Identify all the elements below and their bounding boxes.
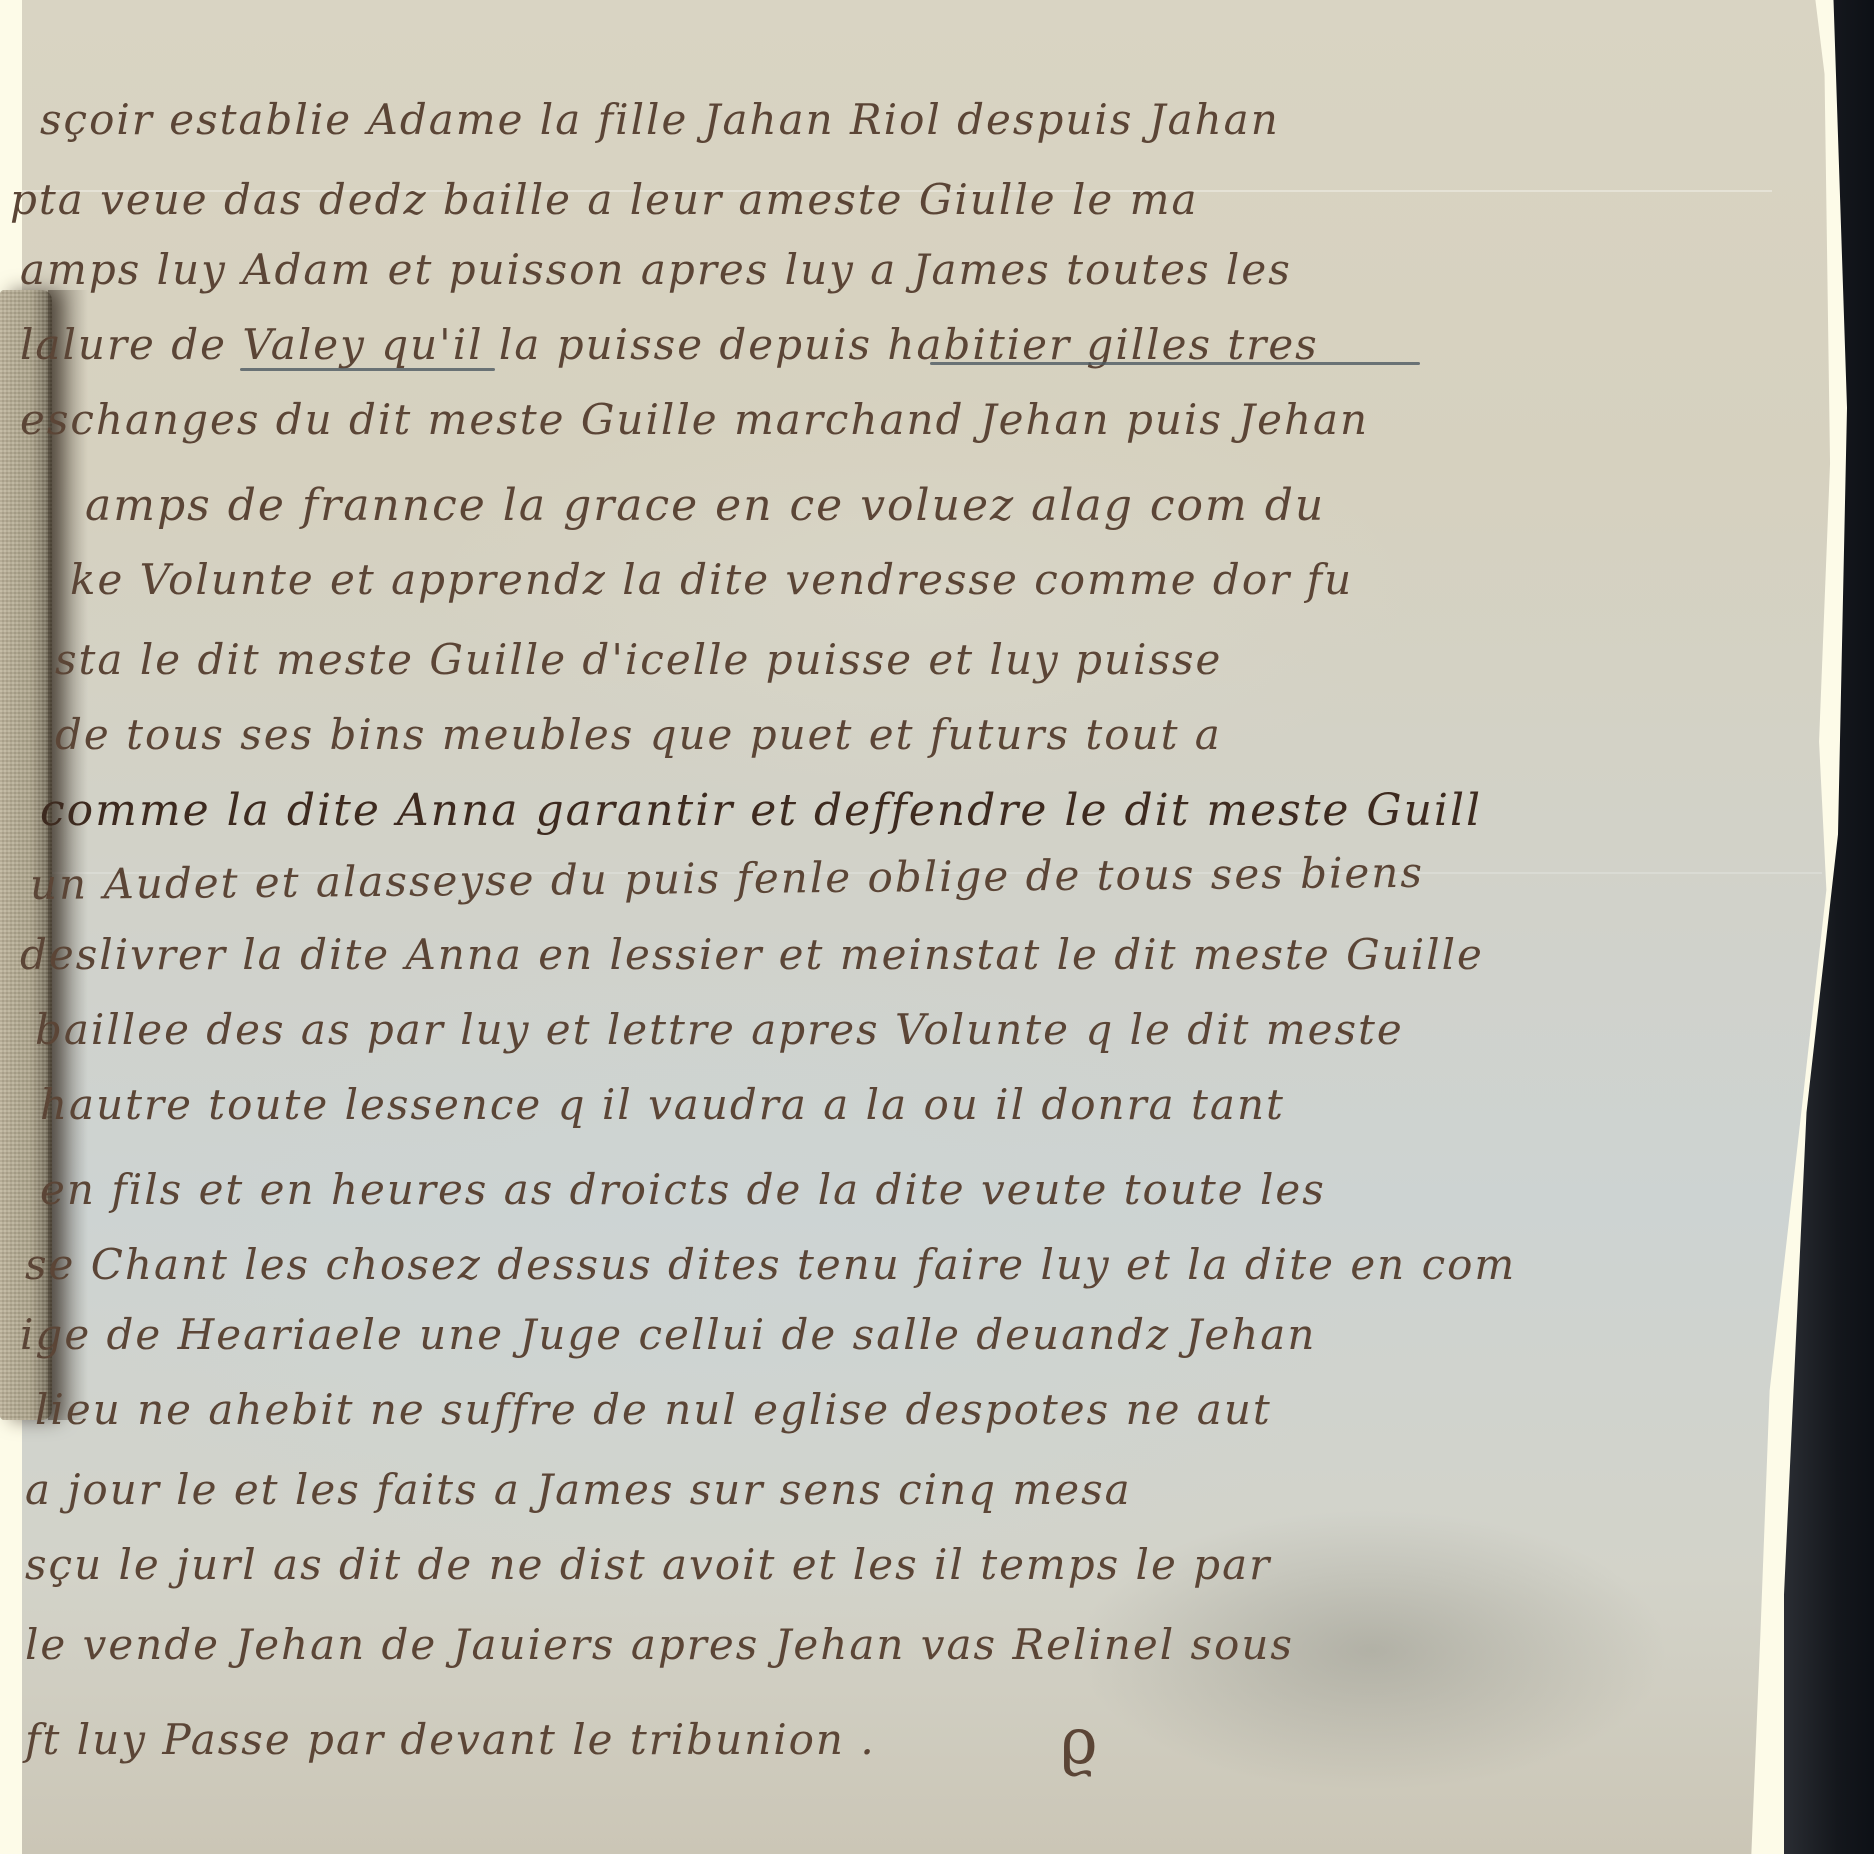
manuscript-line: comme la dite Anna garantir et deffendre… [40,785,1482,836]
manuscript-line: de tous ses bins meubles que puet et fut… [55,710,1222,759]
manuscript-line: sta le dit meste Guille d'icelle puisse … [55,635,1222,684]
manuscript-line: amps luy Adam et puisson apres luy a Jam… [20,245,1292,294]
manuscript-line: en fils et en heures as droicts de la di… [40,1165,1326,1214]
pencil-underline [930,362,1420,365]
closing-flourish-mark: ϱ [1060,1705,1098,1779]
manuscript-line: sçoir establie Adame la fille Jahan Riol… [40,95,1280,144]
manuscript-line: ke Volunte et apprendz la dite vendresse… [70,555,1353,604]
manuscript-line: se Chant les chosez dessus dites tenu fa… [25,1240,1516,1289]
manuscript-line: baillee des as par luy et lettre apres V… [35,1005,1404,1054]
pencil-underline [240,368,495,371]
manuscript-line: pta veue das dedz baille a leur ameste G… [10,175,1198,224]
manuscript-line: hautre toute lessence q il vaudra a la o… [40,1080,1285,1129]
manuscript-line: deslivrer la dite Anna en lessier et mei… [20,930,1484,979]
manuscript-line: amps de frannce la grace en ce voluez al… [85,480,1325,531]
manuscript-line: ft luy Passe par devant le tribunion . [25,1715,876,1764]
manuscript-line: lieu ne ahebit ne suffre de nul eglise d… [35,1385,1272,1434]
manuscript-line: a jour le et les faits a James sur sens … [25,1465,1132,1514]
manuscript-line: eschanges du dit meste Guille marchand J… [20,395,1369,444]
manuscript-line: ige de Heariaele une Juge cellui de sall… [20,1310,1316,1359]
manuscript-line: le vende Jehan de Jauiers apres Jehan va… [25,1620,1294,1669]
manuscript-line: sçu le jurl as dit de ne dist avoit et l… [25,1540,1271,1589]
photograph-stage: sçoir establie Adame la fille Jahan Riol… [0,0,1874,1854]
